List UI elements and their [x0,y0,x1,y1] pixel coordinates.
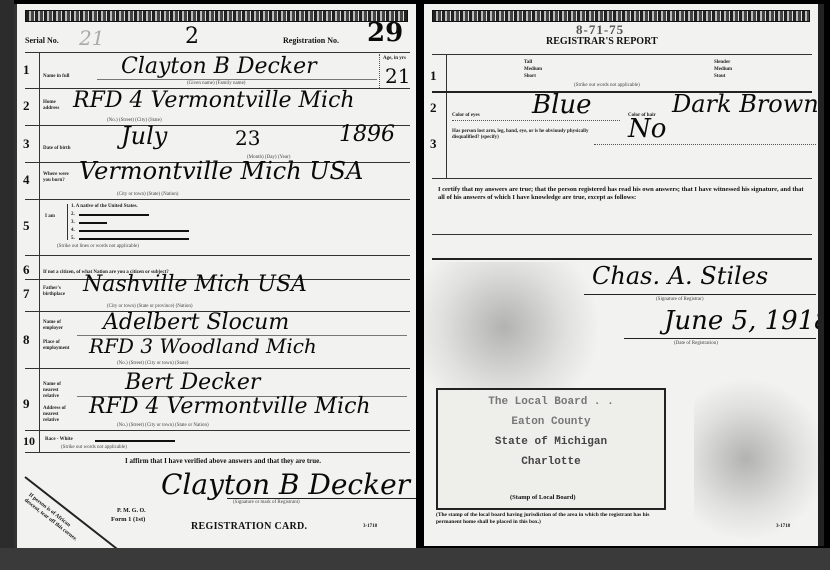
signature-label: (Signature or mark of Registrant) [233,500,300,505]
father-birthplace-sublabel: (City or town) (State or province) (Nati… [107,304,193,309]
disability-label: Has person lost arm, leg, hand, eye, or … [452,129,592,141]
divider [379,54,380,88]
name-sublabel: (Given name) (Family name) [187,81,245,86]
build-option: Medium [714,67,732,73]
date-label: (Date of Registration) [674,341,718,346]
form-label: Form 1 (1st) [111,516,145,523]
stamp-line-2: Eaton County [438,416,664,428]
certify-text: I certify that my answers are true; that… [438,186,812,202]
relative-name-label: Name of nearest relative [43,382,73,400]
serial-label: Serial No. [25,36,59,45]
row-number-divider [446,54,447,178]
birth-day: 23 [235,126,260,150]
signature-line [227,498,416,499]
row-number: 4 [23,172,30,188]
race-sublabel: (Strike out words not applicable) [61,445,127,450]
status-option: 1. A native of the United States. [71,204,138,210]
birth-date-label: Date of birth [43,146,71,152]
build-option: Slender [714,60,730,66]
employment-place-value: RFD 3 Woodland Mich [89,334,317,358]
father-birthplace-label: Father's birthplace [43,286,73,298]
divider [432,258,812,260]
row-number: 5 [23,218,30,234]
registration-card-back: 8-71-75 REGISTRAR'S REPORT 1 Tall Medium… [424,4,824,546]
registrar-label: (Signature of Registrar) [656,297,704,302]
registration-label: Registration No. [283,36,339,45]
divider [25,199,410,200]
status-option: 5. [71,236,75,242]
age-value: 21 [385,64,410,88]
hair-color-value: Dark Brown [672,90,819,118]
signature-line [584,294,816,295]
row-number: 6 [23,262,30,278]
birth-month: July [121,122,167,150]
row-number: 3 [430,136,437,152]
row-number: 8 [23,332,30,348]
employment-sublabel: (No.) (Street) (City or town) (State) [117,361,188,366]
divider [452,120,620,121]
status-option: 3. [71,220,75,226]
father-birthplace-value: Nashville Mich USA [83,272,307,297]
divider [97,79,377,80]
report-title: REGISTRAR'S REPORT [546,36,658,47]
stamp-line-3: State of Michigan [438,436,664,448]
card-header-banner [432,10,810,22]
home-address-label: Home address [43,100,71,112]
divider [25,452,410,453]
relative-address-label: Address of nearest relative [43,406,73,424]
stamp-label: (Stamp of Local Board) [510,494,576,501]
birth-year: 1896 [339,122,395,147]
divider [432,54,812,55]
strike-line [79,238,189,240]
divider [25,430,410,431]
strike-line [79,222,107,224]
stamp-note: (The stamp of the local board having jur… [436,512,668,526]
row-number: 2 [23,98,30,114]
employment-place-label: Place of employment [43,340,73,352]
row-number: 3 [23,136,30,152]
scan-border-bottom [0,548,830,570]
name-label: Name in full [43,74,69,80]
divider [67,204,68,240]
divider [25,52,410,53]
race-label: Race - White [45,437,73,443]
build-option: Stout [714,74,725,80]
pmgo-label: P. M. G. O. [117,508,146,514]
local-board-stamp-box: The Local Board . . Eaton County State o… [436,388,666,510]
status-option: 2. [71,212,75,218]
date-line [624,338,816,339]
row-number: 9 [23,396,30,412]
divider [594,144,816,145]
row-number-divider [39,52,40,452]
registrar-signature: Chas. A. Stiles [592,262,768,290]
row-number: 10 [23,434,35,449]
card-title: REGISTRATION CARD. [191,521,307,532]
disability-value: No [628,114,666,144]
strike-line [79,230,189,232]
row-number: 1 [430,68,437,84]
stamp-line-4: Charlotte [438,456,664,468]
strike-line [95,440,175,442]
divider [25,255,410,256]
registrant-signature: Clayton B Decker [161,468,410,501]
physical-sublabel: (Strike out words not applicable) [574,83,640,88]
serial-value: 2 [185,24,199,49]
birthplace-value: Vermontville Mich USA [79,157,363,185]
strike-line [79,214,149,216]
registration-value: 29 [367,18,403,48]
divider [432,234,812,235]
row-number: 1 [23,62,30,78]
eye-color-label: Color of eyes [452,113,480,119]
employer-name-label: Name of employer [43,320,73,332]
birthplace-label: Where were you born? [43,172,73,184]
height-option: Medium [524,67,542,73]
scan-noise [694,374,824,544]
registration-card-front: Serial No. 21 2 Registration No. 29 1 Na… [14,4,416,554]
row-number: 2 [430,100,437,116]
stamp-line-1: The Local Board . . [438,396,664,408]
registration-date: June 5, 1918. [664,306,824,336]
status-sublabel: (Strike out lines or words not applicabl… [57,244,139,249]
birthplace-sublabel: (City or town) (State) (Nation) [117,192,178,197]
relative-address-value: RFD 4 Vermontville Mich [89,394,371,419]
status-option: 4. [71,228,75,234]
divider [432,178,812,179]
height-option: Tall [524,60,532,66]
card-header-banner [25,10,408,22]
height-option: Short [524,74,536,80]
serial-value-faint: 21 [79,26,104,50]
home-address-value: RFD 4 Vermontville Mich [73,88,355,113]
eye-color-value: Blue [532,90,592,120]
affirm-text: I affirm that I have verified above answ… [125,457,321,465]
relative-address-sublabel: (No.) (Street) (City or town) (State or … [117,423,209,428]
divider [25,368,410,369]
age-label: Age, in yrs [383,56,406,62]
row-number: 7 [23,286,30,302]
status-label: I am [45,214,55,220]
form-code: 3-1718 [363,524,377,529]
name-value: Clayton B Decker [121,54,317,79]
relative-name-value: Bert Decker [125,370,260,395]
employer-name-value: Adelbert Slocum [103,310,289,335]
form-code: 3-1718 [776,524,790,529]
scan-border-left [0,0,14,570]
